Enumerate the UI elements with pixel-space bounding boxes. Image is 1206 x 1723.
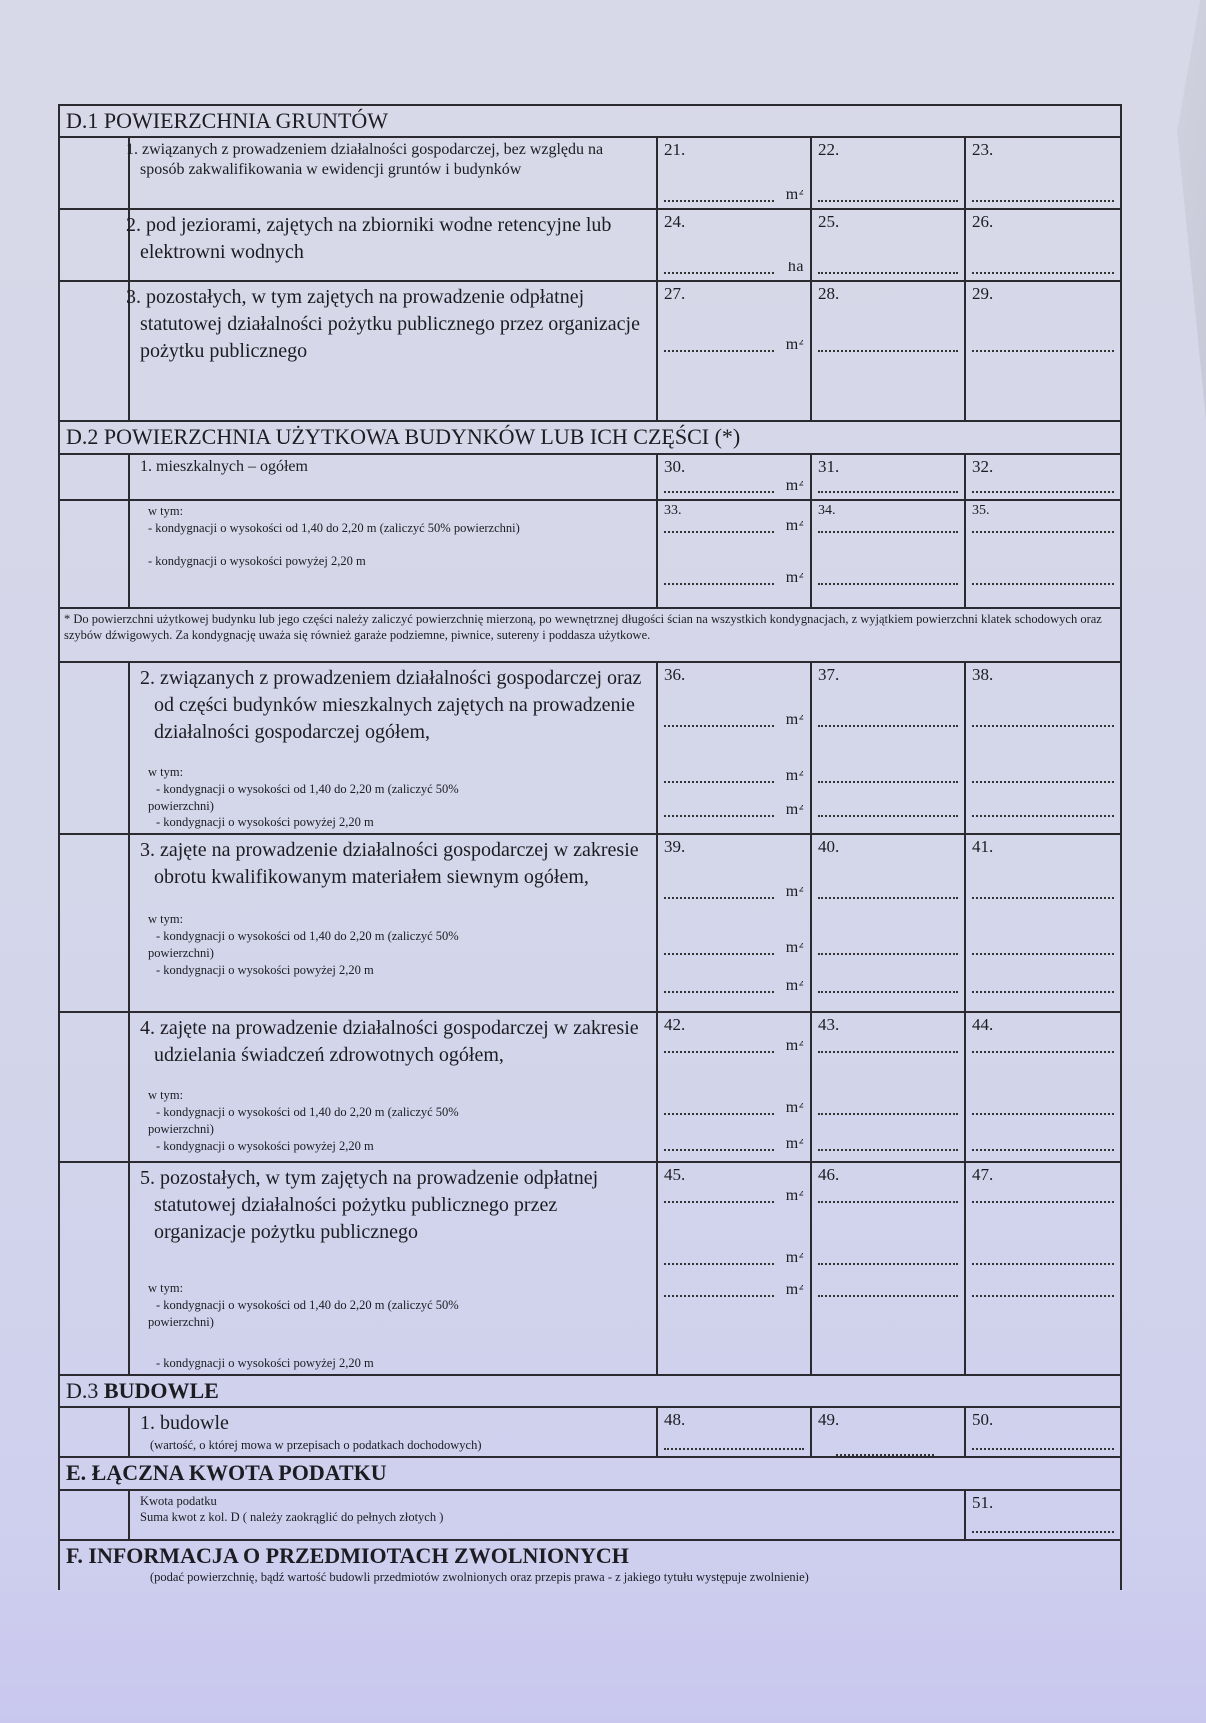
field-21[interactable]: 21.m² — [657, 137, 811, 209]
d1-row-2-label: 2. pod jeziorami, zajętych na zbiorniki … — [129, 209, 657, 281]
field-39[interactable]: 39.m²m²m² — [657, 834, 811, 1012]
field-36[interactable]: 36.m²m²m² — [657, 662, 811, 835]
d3-row-1-note: (wartość, o której mowa w przepisach o p… — [140, 1437, 646, 1454]
field-45[interactable]: 45.m²m²m² — [657, 1162, 811, 1375]
field-40[interactable]: 40. — [811, 834, 965, 1012]
field-31[interactable]: 31. — [811, 454, 965, 500]
d1-row-1: 1. związanych z prowadzeniem działalnośc… — [59, 137, 1121, 209]
d3-row-1-label: 1. budowle — [140, 1410, 646, 1437]
field-28[interactable]: 28. — [811, 281, 965, 421]
field-48[interactable]: 48. — [657, 1407, 811, 1457]
field-22[interactable]: 22. — [811, 137, 965, 209]
field-41[interactable]: 41. — [965, 834, 1121, 1012]
field-38[interactable]: 38. — [965, 662, 1121, 835]
tax-form-table: D.1 POWIERZCHNIA GRUNTÓW 1. związanych z… — [58, 104, 1122, 1590]
d2-row-2: 2. związanych z prowadzeniem działalnośc… — [59, 662, 1121, 835]
field-29[interactable]: 29. — [965, 281, 1121, 421]
field-51[interactable]: 51. — [965, 1490, 1121, 1540]
field-30[interactable]: 30.m² — [657, 454, 811, 500]
d1-row-3-label: 3. pozostałych, w tym zajętych na prowad… — [129, 281, 657, 421]
field-49[interactable]: 49. — [811, 1407, 965, 1457]
d2-row-1-sub: w tym: - kondygnacji o wysokości od 1,40… — [59, 500, 1121, 608]
d2-row-3: 3. zajęte na prowadzenie działalności go… — [59, 834, 1121, 1012]
section-d2-title: D.2 POWIERZCHNIA UŻYTKOWA BUDYNKÓW LUB I… — [59, 421, 1121, 453]
section-f-note: (podać powierzchnię, bądź wartość budowl… — [66, 1569, 1114, 1586]
d1-row-2: 2. pod jeziorami, zajętych na zbiorniki … — [59, 209, 1121, 281]
field-50[interactable]: 50. — [965, 1407, 1121, 1457]
field-26[interactable]: 26. — [965, 209, 1121, 281]
field-27[interactable]: 27.m² — [657, 281, 811, 421]
section-d3-title: D.3 BUDOWLE — [59, 1375, 1121, 1407]
field-47[interactable]: 47. — [965, 1162, 1121, 1375]
field-34[interactable]: 34. — [811, 500, 965, 608]
d3-row-1: 1. budowle (wartość, o której mowa w prz… — [59, 1407, 1121, 1457]
field-35[interactable]: 35. — [965, 500, 1121, 608]
e-row: Kwota podatku Suma kwot z kol. D ( należ… — [59, 1490, 1121, 1540]
field-23[interactable]: 23. — [965, 137, 1121, 209]
d2-row-5: 5. pozostałych, w tym zajętych na prowad… — [59, 1162, 1121, 1375]
wtym-label: w tym: — [140, 503, 646, 520]
section-f-title: F. INFORMACJA O PRZEDMIOTACH ZWOLNIONYCH — [66, 1543, 1114, 1569]
field-37[interactable]: 37. — [811, 662, 965, 835]
d1-row-3: 3. pozostałych, w tym zajętych na prowad… — [59, 281, 1121, 421]
field-24[interactable]: 24.ha — [657, 209, 811, 281]
d1-row-1-label: 1. związanych z prowadzeniem działalnośc… — [129, 137, 657, 209]
field-44[interactable]: 44. — [965, 1012, 1121, 1162]
field-42[interactable]: 42.m²m²m² — [657, 1012, 811, 1162]
sub-line-low-floors: - kondygnacji o wysokości od 1,40 do 2,2… — [140, 520, 588, 537]
d2-row-4: 4. zajęte na prowadzenie działalności go… — [59, 1012, 1121, 1162]
field-32[interactable]: 32. — [965, 454, 1121, 500]
e-line-2: Suma kwot z kol. D ( należy zaokrąglić d… — [140, 1509, 954, 1526]
d2-row-2-label: 2. związanych z prowadzeniem działalnośc… — [140, 665, 646, 746]
section-e-title: E. ŁĄCZNA KWOTA PODATKU — [59, 1457, 1121, 1489]
section-f: F. INFORMACJA O PRZEDMIOTACH ZWOLNIONYCH… — [59, 1540, 1121, 1590]
d2-footnote: * Do powierzchni użytkowej budynku lub j… — [59, 608, 1121, 662]
d2-row-4-label: 4. zajęte na prowadzenie działalności go… — [140, 1015, 646, 1069]
d2-row-3-label: 3. zajęte na prowadzenie działalności go… — [140, 837, 646, 891]
page-fold-shadow — [1146, 0, 1206, 420]
e-line-1: Kwota podatku — [140, 1493, 954, 1510]
field-46[interactable]: 46. — [811, 1162, 965, 1375]
d2-row-5-label: 5. pozostałych, w tym zajętych na prowad… — [140, 1165, 646, 1246]
field-25[interactable]: 25. — [811, 209, 965, 281]
d2-row-1-label: 1. mieszkalnych – ogółem — [129, 454, 657, 500]
tax-form-sheet: D.1 POWIERZCHNIA GRUNTÓW 1. związanych z… — [58, 104, 1120, 1590]
d2-row-1: 1. mieszkalnych – ogółem 30.m² 31. 32. — [59, 454, 1121, 500]
field-43[interactable]: 43. — [811, 1012, 965, 1162]
section-d1-title: D.1 POWIERZCHNIA GRUNTÓW — [59, 105, 1121, 137]
sub-line-high-floors: - kondygnacji o wysokości powyżej 2,20 m — [140, 553, 646, 570]
field-33[interactable]: 33.m²m² — [657, 500, 811, 608]
